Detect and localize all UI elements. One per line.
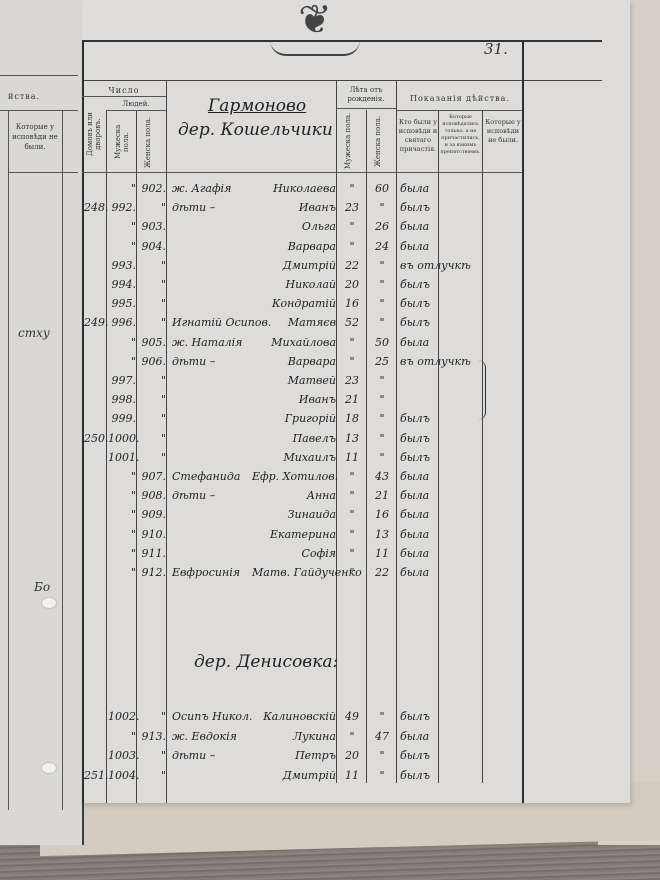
- left-column-header: Которые у исповѣди не были.: [12, 122, 58, 152]
- age-female: ": [368, 432, 396, 445]
- person-name: Матяєв: [252, 316, 336, 329]
- person-prefix: дѣти –: [172, 489, 252, 502]
- person-name: Ольга: [252, 220, 336, 233]
- person-name: Софія: [252, 547, 336, 560]
- person-name: Николаева: [252, 182, 336, 195]
- age-female: 22: [368, 566, 396, 579]
- male-number: 1000.: [108, 432, 136, 445]
- age-female: ": [368, 393, 396, 406]
- age-male: ": [338, 508, 366, 521]
- age-male: 13: [338, 432, 366, 445]
- age-male: 11: [338, 769, 366, 782]
- person-prefix: ж. Наталія: [172, 336, 252, 349]
- age-female: ": [368, 201, 396, 214]
- age-male: 23: [338, 374, 366, 387]
- age-male: ": [338, 182, 366, 195]
- person-name: Зинаида: [252, 508, 336, 521]
- left-note: стху: [18, 326, 50, 340]
- age-male: 16: [338, 297, 366, 310]
- column-rule: [8, 110, 9, 810]
- right-border: [522, 40, 524, 803]
- age-female: ": [368, 374, 396, 387]
- confession-status: была: [400, 220, 480, 233]
- header-people: Людей.: [106, 100, 166, 109]
- female-number: ": [138, 451, 166, 464]
- confession-status: былъ: [400, 412, 480, 425]
- column-rule: [336, 80, 337, 783]
- person-name: Варвара: [252, 240, 336, 253]
- age-female: 21: [368, 489, 396, 502]
- female-number: ": [138, 393, 166, 406]
- header-top-rule: [82, 80, 602, 81]
- confession-status: была: [400, 730, 480, 743]
- female-number: ": [138, 316, 166, 329]
- double-headed-eagle-icon: ❦: [272, 0, 358, 44]
- confession-status: была: [400, 489, 480, 502]
- male-number: ": [108, 240, 136, 253]
- frame-top-rule: [82, 40, 602, 42]
- rule: [396, 110, 522, 111]
- female-number: ": [138, 201, 166, 214]
- confession-status: была: [400, 470, 480, 483]
- male-number: ": [108, 730, 136, 743]
- confession-status: былъ: [400, 278, 480, 291]
- age-male: 23: [338, 201, 366, 214]
- age-male: 49: [338, 710, 366, 723]
- female-number: 902.: [138, 182, 166, 195]
- previous-page: йства. Которые у исповѣди не были. стху …: [0, 0, 84, 845]
- household-number: 249.: [84, 316, 106, 329]
- person-name: Михайлова: [252, 336, 336, 349]
- age-male: ": [338, 730, 366, 743]
- age-male: 20: [338, 749, 366, 762]
- left-header-fragment: йства.: [8, 92, 40, 101]
- person-prefix: ж. Агафія: [172, 182, 252, 195]
- age-male: 22: [338, 259, 366, 272]
- rule: [106, 110, 166, 111]
- male-number: 1003.: [108, 749, 136, 762]
- male-number: 992.: [108, 201, 136, 214]
- age-female: ": [368, 316, 396, 329]
- age-female: 50: [368, 336, 396, 349]
- age-female: ": [368, 278, 396, 291]
- male-number: ": [108, 508, 136, 521]
- male-number: ": [108, 470, 136, 483]
- person-name: Анна: [252, 489, 336, 502]
- male-number: ": [108, 489, 136, 502]
- male-number: ": [108, 182, 136, 195]
- person-name: Калиновскій: [252, 710, 336, 723]
- brace-mark: [477, 360, 486, 420]
- village-title: дер. Денисовка:: [194, 652, 338, 672]
- header-age: Лѣта отъ рожденія.: [338, 86, 394, 104]
- age-male: ": [338, 489, 366, 502]
- female-number: ": [138, 297, 166, 310]
- female-number: 904.: [138, 240, 166, 253]
- header-female: Женска пола.: [144, 114, 160, 170]
- household-number: 250.: [84, 432, 106, 445]
- female-number: 911.: [138, 547, 166, 560]
- age-male: ": [338, 240, 366, 253]
- confession-status: былъ: [400, 316, 480, 329]
- female-number: 905.: [138, 336, 166, 349]
- column-rule: [366, 110, 367, 783]
- age-female: 47: [368, 730, 396, 743]
- person-name: Михаилъ: [252, 451, 336, 464]
- rule: [0, 75, 78, 76]
- page-number: 31.: [484, 40, 508, 58]
- confession-status: была: [400, 547, 480, 560]
- age-male: 18: [338, 412, 366, 425]
- binding-hole: [42, 763, 56, 773]
- male-number: 1001.: [108, 451, 136, 464]
- header-age-male: Мужеска пола.: [344, 112, 360, 170]
- confession-status: была: [400, 182, 480, 195]
- female-number: 910.: [138, 528, 166, 541]
- age-female: 25: [368, 355, 396, 368]
- female-number: ": [138, 710, 166, 723]
- male-number: ": [108, 528, 136, 541]
- person-name: Варвара: [252, 355, 336, 368]
- left-note: Бо: [34, 580, 50, 594]
- rule: [82, 96, 166, 97]
- confession-status: была: [400, 528, 480, 541]
- person-name: Ефр. Хотилов.: [252, 470, 336, 483]
- confession-status: былъ: [400, 297, 480, 310]
- confession-status: былъ: [400, 451, 480, 464]
- rule: [8, 172, 78, 173]
- female-number: 909.: [138, 508, 166, 521]
- male-number: 995.: [108, 297, 136, 310]
- age-female: ": [368, 259, 396, 272]
- crest-ribbon: [270, 40, 360, 56]
- female-number: ": [138, 769, 166, 782]
- age-male: 52: [338, 316, 366, 329]
- age-male: ": [338, 566, 366, 579]
- person-prefix: Игнатій Осипов.: [172, 316, 252, 329]
- age-female: 60: [368, 182, 396, 195]
- age-female: ": [368, 710, 396, 723]
- male-number: ": [108, 355, 136, 368]
- confession-status: былъ: [400, 432, 480, 445]
- header-households: Домовъ или дворовъ.: [86, 100, 104, 168]
- age-male: ": [338, 220, 366, 233]
- confession-status: была: [400, 566, 480, 579]
- female-number: 906.: [138, 355, 166, 368]
- confession-status: былъ: [400, 749, 480, 762]
- confession-status: въ отлучкѣ: [400, 355, 480, 368]
- male-number: ": [108, 220, 136, 233]
- person-name: Григорій: [252, 412, 336, 425]
- male-number: 1002.: [108, 710, 136, 723]
- column-rule: [482, 110, 483, 783]
- person-prefix: Евфросинія: [172, 566, 252, 579]
- female-number: ": [138, 259, 166, 272]
- age-female: 16: [368, 508, 396, 521]
- header-confession-col2: Которые исповѣдались только, а не причас…: [439, 114, 482, 156]
- confession-status: былъ: [400, 710, 480, 723]
- male-number: 998.: [108, 393, 136, 406]
- person-prefix: Стефанида: [172, 470, 252, 483]
- age-female: ": [368, 769, 396, 782]
- person-name: Дмитрій: [252, 769, 336, 782]
- person-name: Кондратій: [252, 297, 336, 310]
- male-number: 997.: [108, 374, 136, 387]
- age-male: 21: [338, 393, 366, 406]
- person-name: Лукина: [252, 730, 336, 743]
- column-rule: [166, 80, 167, 803]
- column-rule: [62, 110, 63, 810]
- header-confession-col1: Кто были у исповѣди и святаго причастія.: [398, 118, 438, 154]
- person-name: Иванъ: [252, 393, 336, 406]
- male-number: 993.: [108, 259, 136, 272]
- female-number: 907.: [138, 470, 166, 483]
- person-prefix: дѣти –: [172, 201, 252, 214]
- female-number: ": [138, 278, 166, 291]
- female-number: 903.: [138, 220, 166, 233]
- male-number: 999.: [108, 412, 136, 425]
- rule: [336, 108, 396, 109]
- age-male: ": [338, 528, 366, 541]
- person-name: Екатерина: [252, 528, 336, 541]
- age-female: ": [368, 297, 396, 310]
- header-count: Число: [82, 86, 166, 95]
- age-female: 26: [368, 220, 396, 233]
- register-page: ❦ 31. Число Людей. Домовъ или дворовъ. М…: [82, 0, 630, 803]
- person-name: Павелъ: [252, 432, 336, 445]
- age-female: 24: [368, 240, 396, 253]
- age-female: ": [368, 451, 396, 464]
- age-female: 13: [368, 528, 396, 541]
- male-number: ": [108, 566, 136, 579]
- confession-status: была: [400, 508, 480, 521]
- age-male: ": [338, 547, 366, 560]
- person-name: Петръ: [252, 749, 336, 762]
- age-male: ": [338, 470, 366, 483]
- age-female: ": [368, 749, 396, 762]
- female-number: ": [138, 412, 166, 425]
- female-number: ": [138, 749, 166, 762]
- binding-hole: [42, 598, 56, 608]
- age-female: 43: [368, 470, 396, 483]
- confession-status: былъ: [400, 201, 480, 214]
- header-confession: Показанія дѣйства.: [398, 94, 522, 103]
- age-male: ": [338, 355, 366, 368]
- person-prefix: Осипъ Никол.: [172, 710, 252, 723]
- age-male: 20: [338, 278, 366, 291]
- confession-status: въ отлучкѣ: [400, 259, 480, 272]
- male-number: 994.: [108, 278, 136, 291]
- confession-status: былъ: [400, 769, 480, 782]
- coat-of-arms: ❦: [272, 0, 358, 68]
- female-number: ": [138, 374, 166, 387]
- confession-status: была: [400, 336, 480, 349]
- header-male: Мужеска пола.: [114, 114, 130, 170]
- male-number: 996.: [108, 316, 136, 329]
- household-number: 248.: [84, 201, 106, 214]
- female-number: 912.: [138, 566, 166, 579]
- male-number: 1004.: [108, 769, 136, 782]
- female-number: 908.: [138, 489, 166, 502]
- person-name: Матв. Гайдученко: [252, 566, 336, 579]
- left-border: [82, 40, 84, 803]
- confession-status: была: [400, 240, 480, 253]
- header-age-female: Женска пола.: [374, 112, 390, 170]
- household-number: 251.: [84, 769, 106, 782]
- male-number: ": [108, 547, 136, 560]
- age-male: ": [338, 336, 366, 349]
- person-name: Матвей: [252, 374, 336, 387]
- male-number: ": [108, 336, 136, 349]
- rule: [0, 110, 78, 111]
- village-title: дер. Кошельчики: [178, 120, 333, 140]
- person-name: Иванъ: [252, 201, 336, 214]
- parish-title: Гармоново: [208, 96, 306, 116]
- female-number: 913.: [138, 730, 166, 743]
- person-prefix: дѣти –: [172, 355, 252, 368]
- age-male: 11: [338, 451, 366, 464]
- column-rule: [396, 80, 397, 783]
- header-bottom-rule: [82, 172, 522, 173]
- age-female: 11: [368, 547, 396, 560]
- person-name: Николай: [252, 278, 336, 291]
- female-number: ": [138, 432, 166, 445]
- age-female: ": [368, 412, 396, 425]
- person-prefix: дѣти –: [172, 749, 252, 762]
- person-name: Дмитрій: [252, 259, 336, 272]
- header-confession-col3: Которые у исповѣди не были.: [484, 118, 522, 145]
- person-prefix: ж. Евдокія: [172, 730, 252, 743]
